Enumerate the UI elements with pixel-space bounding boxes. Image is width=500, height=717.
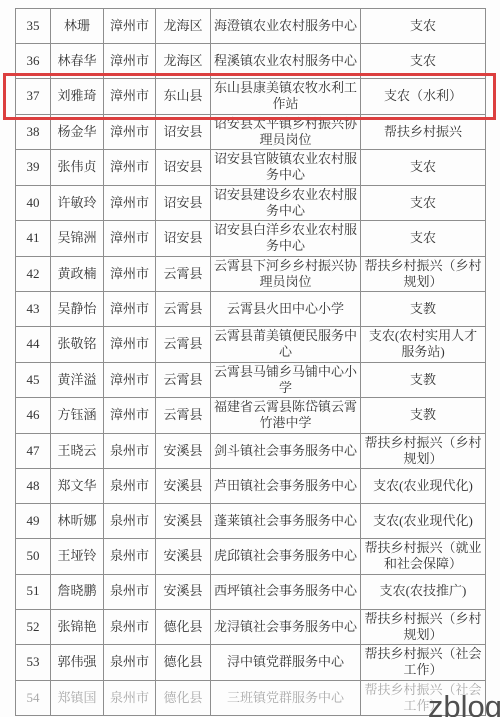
category-cell: 支农 — [361, 221, 486, 257]
county-cell: 云霄县 — [156, 398, 211, 434]
county-cell: 云霄县 — [156, 292, 211, 327]
person-name-cell: 郭伟强 — [51, 645, 104, 681]
table-row: 54 郑镇国 泉州市 德化县 三班镇党群服务中心 帮扶乡村振兴（社会工作） — [16, 680, 486, 716]
work-unit-cell: 浔中镇党群服务中心 — [211, 645, 361, 681]
person-name-cell: 张敬铭 — [51, 327, 104, 363]
county-cell: 诏安县 — [156, 114, 211, 150]
row-number-cell: 43 — [16, 292, 51, 327]
category-cell: 支农(农技推广) — [361, 574, 486, 609]
person-name-cell: 黄政楠 — [51, 256, 104, 292]
category-cell: 支农 — [361, 9, 486, 44]
table-row: 44 张敬铭 漳州市 云霄县 云霄县莆美镇便民服务中心 支农(农村实用人才服务站… — [16, 327, 486, 363]
city-cell: 漳州市 — [104, 9, 156, 44]
county-cell: 德化县 — [156, 609, 211, 645]
work-unit-cell: 海澄镇农业农村服务中心 — [211, 9, 361, 44]
person-name-cell: 张锦艳 — [51, 609, 104, 645]
category-cell: 帮扶乡村振兴（乡村规划） — [361, 433, 486, 469]
category-cell: 支农 — [361, 150, 486, 186]
work-unit-cell: 云霄县马铺乡马铺中心小学 — [211, 362, 361, 398]
row-number-cell: 39 — [16, 150, 51, 186]
table-row: 51 詹晓鹏 泉州市 安溪县 西坪镇社会事务服务中心 支农(农技推广) — [16, 574, 486, 609]
county-cell: 诏安县 — [156, 221, 211, 257]
row-number-cell: 38 — [16, 114, 51, 150]
table-row: 50 王垭铃 泉州市 安溪县 虎邱镇社会事务服务中心 帮扶乡村振兴（就业和社会保… — [16, 539, 486, 575]
person-name-cell: 林春华 — [51, 44, 104, 79]
county-cell: 云霄县 — [156, 256, 211, 292]
county-cell: 诏安县 — [156, 150, 211, 186]
county-cell: 龙海区 — [156, 9, 211, 44]
row-number-cell: 52 — [16, 609, 51, 645]
county-cell: 安溪县 — [156, 504, 211, 539]
work-unit-cell: 东山县康美镇农牧水利工作站 — [211, 79, 361, 115]
roster-table-body: 35 林珊 漳州市 龙海区 海澄镇农业农村服务中心 支农 36 林春华 漳州市 … — [16, 9, 486, 716]
work-unit-cell: 云霄县下河乡乡村振兴协理员岗位 — [211, 256, 361, 292]
work-unit-cell: 虎邱镇社会事务服务中心 — [211, 539, 361, 575]
county-cell: 东山县 — [156, 79, 211, 115]
county-cell: 德化县 — [156, 680, 211, 716]
county-cell: 诏安县 — [156, 185, 211, 221]
category-cell: 帮扶乡村振兴（乡村规划） — [361, 256, 486, 292]
city-cell: 泉州市 — [104, 504, 156, 539]
row-number-cell: 40 — [16, 185, 51, 221]
row-number-cell: 41 — [16, 221, 51, 257]
row-number-cell: 53 — [16, 645, 51, 681]
table-row: 53 郭伟强 泉州市 德化县 浔中镇党群服务中心 帮扶乡村振兴（社会工作） — [16, 645, 486, 681]
county-cell: 德化县 — [156, 645, 211, 681]
person-name-cell: 张伟贞 — [51, 150, 104, 186]
table-row: 35 林珊 漳州市 龙海区 海澄镇农业农村服务中心 支农 — [16, 9, 486, 44]
city-cell: 泉州市 — [104, 574, 156, 609]
work-unit-cell: 剑斗镇社会事务服务中心 — [211, 433, 361, 469]
category-cell: 帮扶乡村振兴 — [361, 114, 486, 150]
person-name-cell: 吴静怡 — [51, 292, 104, 327]
person-name-cell: 刘雅琦 — [51, 79, 104, 115]
person-name-cell: 方钰涵 — [51, 398, 104, 434]
city-cell: 泉州市 — [104, 609, 156, 645]
category-cell: 支教 — [361, 292, 486, 327]
city-cell: 泉州市 — [104, 680, 156, 716]
row-number-cell: 48 — [16, 469, 51, 504]
row-number-cell: 45 — [16, 362, 51, 398]
work-unit-cell: 福建省云霄县陈岱镇云霄竹港中学 — [211, 398, 361, 434]
city-cell: 漳州市 — [104, 221, 156, 257]
person-name-cell: 郑镇国 — [51, 680, 104, 716]
row-number-cell: 36 — [16, 44, 51, 79]
table-row: 45 黄洋溢 漳州市 云霄县 云霄县马铺乡马铺中心小学 支教 — [16, 362, 486, 398]
city-cell: 泉州市 — [104, 433, 156, 469]
table-row: 38 杨金华 漳州市 诏安县 诏安县太平镇乡村振兴协理员岗位 帮扶乡村振兴 — [16, 114, 486, 150]
table-row: 36 林春华 漳州市 龙海区 程溪镇农业农村服务中心 支农 — [16, 44, 486, 79]
work-unit-cell: 诏安县白洋乡农业农村服务中心 — [211, 221, 361, 257]
person-name-cell: 许敏玲 — [51, 185, 104, 221]
table-row: 40 许敏玲 漳州市 诏安县 诏安县建设乡农业农村服务中心 支农 — [16, 185, 486, 221]
city-cell: 泉州市 — [104, 469, 156, 504]
county-cell: 云霄县 — [156, 327, 211, 363]
table-row: 43 吴静怡 漳州市 云霄县 云霄县火田中心小学 支教 — [16, 292, 486, 327]
county-cell: 云霄县 — [156, 362, 211, 398]
category-cell: 支农 — [361, 185, 486, 221]
person-name-cell: 吴锦洲 — [51, 221, 104, 257]
city-cell: 漳州市 — [104, 362, 156, 398]
county-cell: 安溪县 — [156, 574, 211, 609]
category-cell: 帮扶乡村振兴（就业和社会保障） — [361, 539, 486, 575]
table-row: 46 方钰涵 漳州市 云霄县 福建省云霄县陈岱镇云霄竹港中学 支教 — [16, 398, 486, 434]
person-name-cell: 郑文华 — [51, 469, 104, 504]
work-unit-cell: 云霄县莆美镇便民服务中心 — [211, 327, 361, 363]
row-number-cell: 44 — [16, 327, 51, 363]
table-row: 49 林昕娜 泉州市 安溪县 蓬莱镇社会事务服务中心 支农(农业现代化) — [16, 504, 486, 539]
city-cell: 漳州市 — [104, 327, 156, 363]
county-cell: 龙海区 — [156, 44, 211, 79]
person-name-cell: 杨金华 — [51, 114, 104, 150]
person-name-cell: 王晓云 — [51, 433, 104, 469]
work-unit-cell: 芦田镇社会事务服务中心 — [211, 469, 361, 504]
row-number-cell: 35 — [16, 9, 51, 44]
person-name-cell: 林珊 — [51, 9, 104, 44]
table-row: 41 吴锦洲 漳州市 诏安县 诏安县白洋乡农业农村服务中心 支农 — [16, 221, 486, 257]
person-name-cell: 林昕娜 — [51, 504, 104, 539]
category-cell: 支农(农业现代化) — [361, 504, 486, 539]
work-unit-cell: 龙浔镇社会事务服务中心 — [211, 609, 361, 645]
city-cell: 漳州市 — [104, 398, 156, 434]
table-row: 48 郑文华 泉州市 安溪县 芦田镇社会事务服务中心 支农(农业现代化) — [16, 469, 486, 504]
table-row: 39 张伟贞 漳州市 诏安县 诏安县官陂镇农业农村服务中心 支农 — [16, 150, 486, 186]
work-unit-cell: 三班镇党群服务中心 — [211, 680, 361, 716]
city-cell: 漳州市 — [104, 79, 156, 115]
county-cell: 安溪县 — [156, 433, 211, 469]
city-cell: 漳州市 — [104, 150, 156, 186]
city-cell: 泉州市 — [104, 539, 156, 575]
work-unit-cell: 云霄县火田中心小学 — [211, 292, 361, 327]
work-unit-cell: 蓬莱镇社会事务服务中心 — [211, 504, 361, 539]
city-cell: 漳州市 — [104, 114, 156, 150]
category-cell: 支农(农业现代化) — [361, 469, 486, 504]
person-name-cell: 黄洋溢 — [51, 362, 104, 398]
city-cell: 泉州市 — [104, 645, 156, 681]
table-row: 37 刘雅琦 漳州市 东山县 东山县康美镇农牧水利工作站 支农（水利） — [16, 79, 486, 115]
table-row: 52 张锦艳 泉州市 德化县 龙浔镇社会事务服务中心 帮扶乡村振兴（乡村规划） — [16, 609, 486, 645]
city-cell: 漳州市 — [104, 256, 156, 292]
row-number-cell: 37 — [16, 79, 51, 115]
category-cell: 支农（水利） — [361, 79, 486, 115]
city-cell: 漳州市 — [104, 185, 156, 221]
work-unit-cell: 西坪镇社会事务服务中心 — [211, 574, 361, 609]
table-row: 47 王晓云 泉州市 安溪县 剑斗镇社会事务服务中心 帮扶乡村振兴（乡村规划） — [16, 433, 486, 469]
category-cell: 支农(农村实用人才服务站) — [361, 327, 486, 363]
table-row: 42 黄政楠 漳州市 云霄县 云霄县下河乡乡村振兴协理员岗位 帮扶乡村振兴（乡村… — [16, 256, 486, 292]
row-number-cell: 46 — [16, 398, 51, 434]
city-cell: 漳州市 — [104, 292, 156, 327]
person-name-cell: 詹晓鹏 — [51, 574, 104, 609]
watermark-text: zblog — [428, 689, 500, 717]
row-number-cell: 49 — [16, 504, 51, 539]
work-unit-cell: 诏安县太平镇乡村振兴协理员岗位 — [211, 114, 361, 150]
document-page: 35 林珊 漳州市 龙海区 海澄镇农业农村服务中心 支农 36 林春华 漳州市 … — [0, 0, 500, 717]
category-cell: 帮扶乡村振兴（社会工作） — [361, 645, 486, 681]
person-name-cell: 王垭铃 — [51, 539, 104, 575]
row-number-cell: 54 — [16, 680, 51, 716]
row-number-cell: 47 — [16, 433, 51, 469]
city-cell: 漳州市 — [104, 44, 156, 79]
category-cell: 支教 — [361, 398, 486, 434]
category-cell: 支教 — [361, 362, 486, 398]
category-cell: 支农 — [361, 44, 486, 79]
work-unit-cell: 程溪镇农业农村服务中心 — [211, 44, 361, 79]
row-number-cell: 51 — [16, 574, 51, 609]
category-cell: 帮扶乡村振兴（乡村规划） — [361, 609, 486, 645]
county-cell: 安溪县 — [156, 539, 211, 575]
work-unit-cell: 诏安县官陂镇农业农村服务中心 — [211, 150, 361, 186]
work-unit-cell: 诏安县建设乡农业农村服务中心 — [211, 185, 361, 221]
row-number-cell: 42 — [16, 256, 51, 292]
county-cell: 安溪县 — [156, 469, 211, 504]
assignment-roster-table: 35 林珊 漳州市 龙海区 海澄镇农业农村服务中心 支农 36 林春华 漳州市 … — [15, 8, 486, 716]
row-number-cell: 50 — [16, 539, 51, 575]
